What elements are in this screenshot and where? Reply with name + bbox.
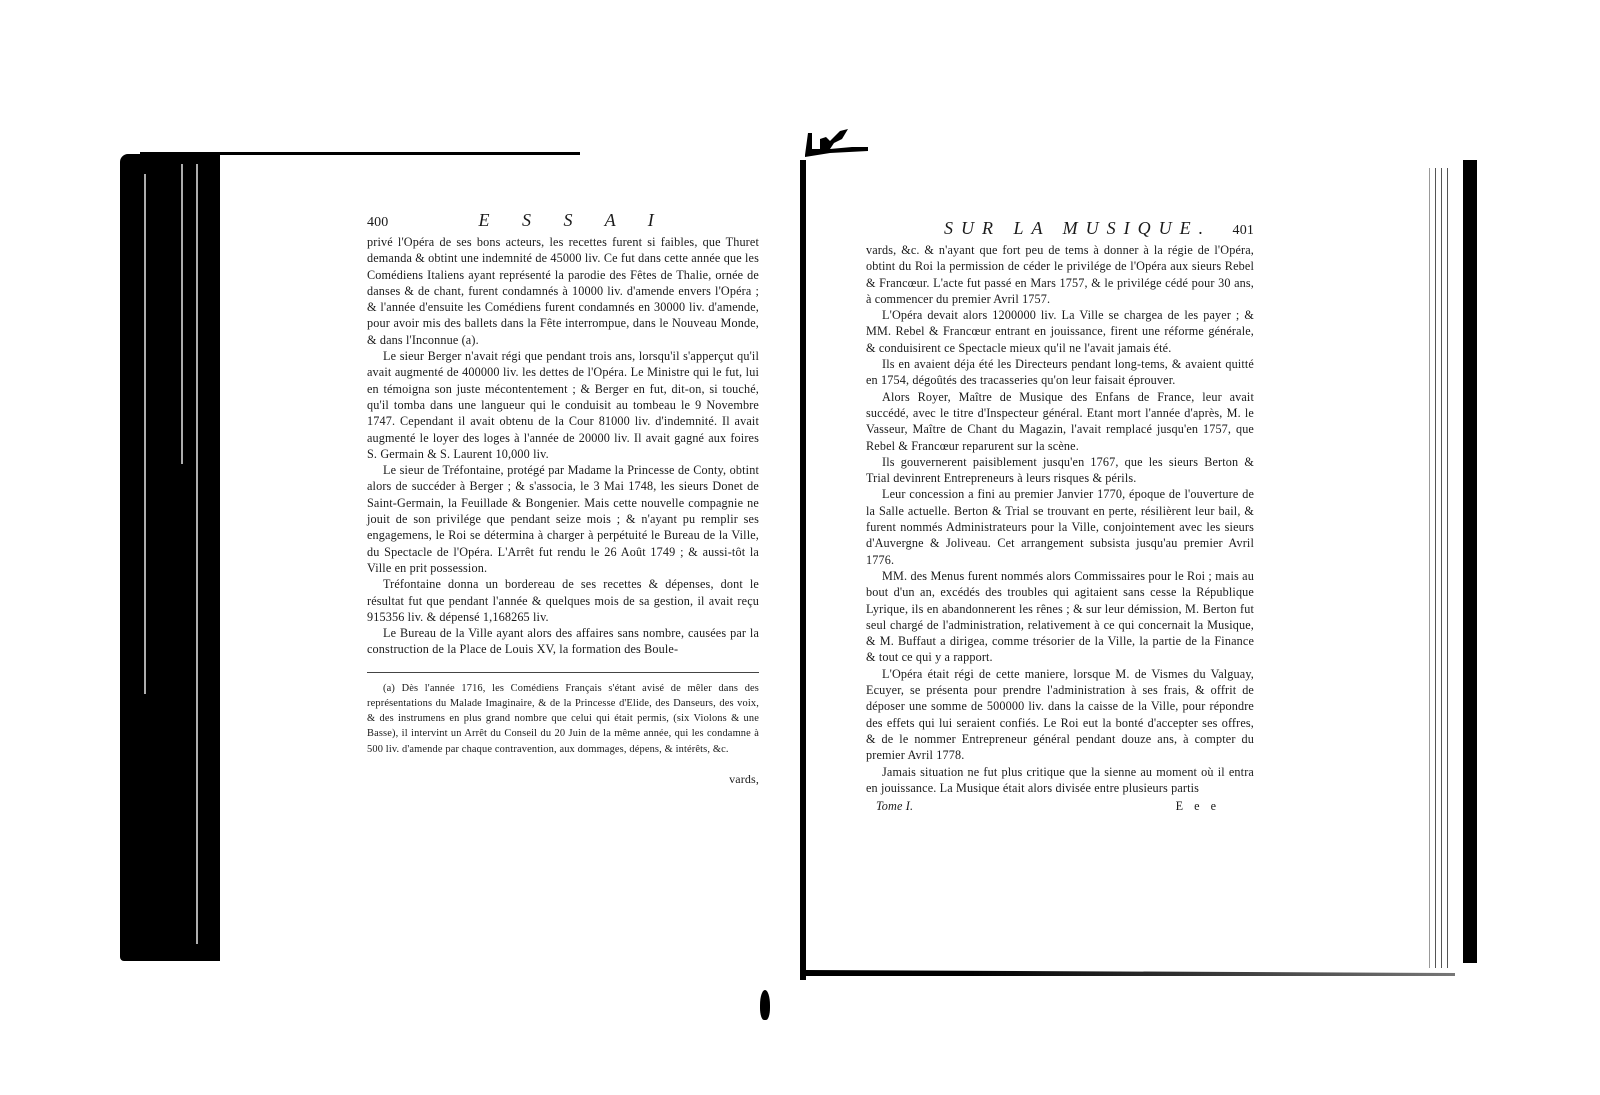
paragraph: Alors Royer, Maître de Musique des Enfan… bbox=[866, 389, 1254, 454]
right-page-bottom-edge bbox=[805, 970, 1455, 976]
page-number-right: 401 bbox=[1233, 223, 1254, 239]
bottom-clip-mark bbox=[760, 990, 770, 1020]
paragraph: privé l'Opéra de ses bons acteurs, les r… bbox=[367, 234, 759, 348]
paragraph: Ils gouvernerent paisiblement jusqu'en 1… bbox=[866, 454, 1254, 487]
signature-line: Tome I. E e e bbox=[866, 798, 1254, 814]
running-head-title-right: SUR LA MUSIQUE. bbox=[944, 220, 1211, 236]
right-page-fore-edge bbox=[1425, 168, 1455, 968]
paragraph: Tréfontaine donna un bordereau de ses re… bbox=[367, 576, 759, 625]
footnote: (a) Dès l'année 1716, les Comédiens Fran… bbox=[367, 681, 759, 757]
paragraph: L'Opéra devait alors 1200000 liv. La Vil… bbox=[866, 307, 1254, 356]
left-page: 400 E S S A I privé l'Opéra de ses bons … bbox=[367, 212, 759, 787]
paragraph: Le sieur de Tréfontaine, protégé par Mad… bbox=[367, 462, 759, 576]
paragraph: MM. des Menus furent nommés alors Commis… bbox=[866, 568, 1254, 666]
paragraph: Leur concession a fini au premier Janvie… bbox=[866, 486, 1254, 567]
paragraph: vards, &c. & n'ayant que fort peu de tem… bbox=[866, 242, 1254, 307]
left-book-edge bbox=[120, 154, 220, 961]
page-number-left: 400 bbox=[367, 215, 388, 231]
catchword: vards, bbox=[367, 771, 759, 787]
running-head-title-left: E S S A I bbox=[478, 212, 667, 228]
footnote-rule bbox=[367, 672, 759, 673]
left-running-head: 400 E S S A I bbox=[367, 212, 759, 234]
paragraph: Le Bureau de la Ville ayant alors des af… bbox=[367, 625, 759, 658]
gutter-clip-mark bbox=[800, 125, 870, 161]
paragraph: L'Opéra était régi de cette maniere, lor… bbox=[866, 666, 1254, 764]
right-book-edge bbox=[1463, 160, 1477, 963]
tome-label: Tome I. bbox=[876, 798, 913, 814]
paragraph: Le sieur Berger n'avait régi que pendant… bbox=[367, 348, 759, 462]
signature-mark: E e e bbox=[1176, 798, 1220, 814]
right-page: SUR LA MUSIQUE. 401 vards, &c. & n'ayant… bbox=[866, 220, 1254, 814]
paragraph: Ils en avaient déja été les Directeurs p… bbox=[866, 356, 1254, 389]
right-running-head: SUR LA MUSIQUE. 401 bbox=[866, 220, 1254, 242]
gutter-binding bbox=[800, 160, 806, 980]
paragraph: Jamais situation ne fut plus critique qu… bbox=[866, 764, 1254, 797]
